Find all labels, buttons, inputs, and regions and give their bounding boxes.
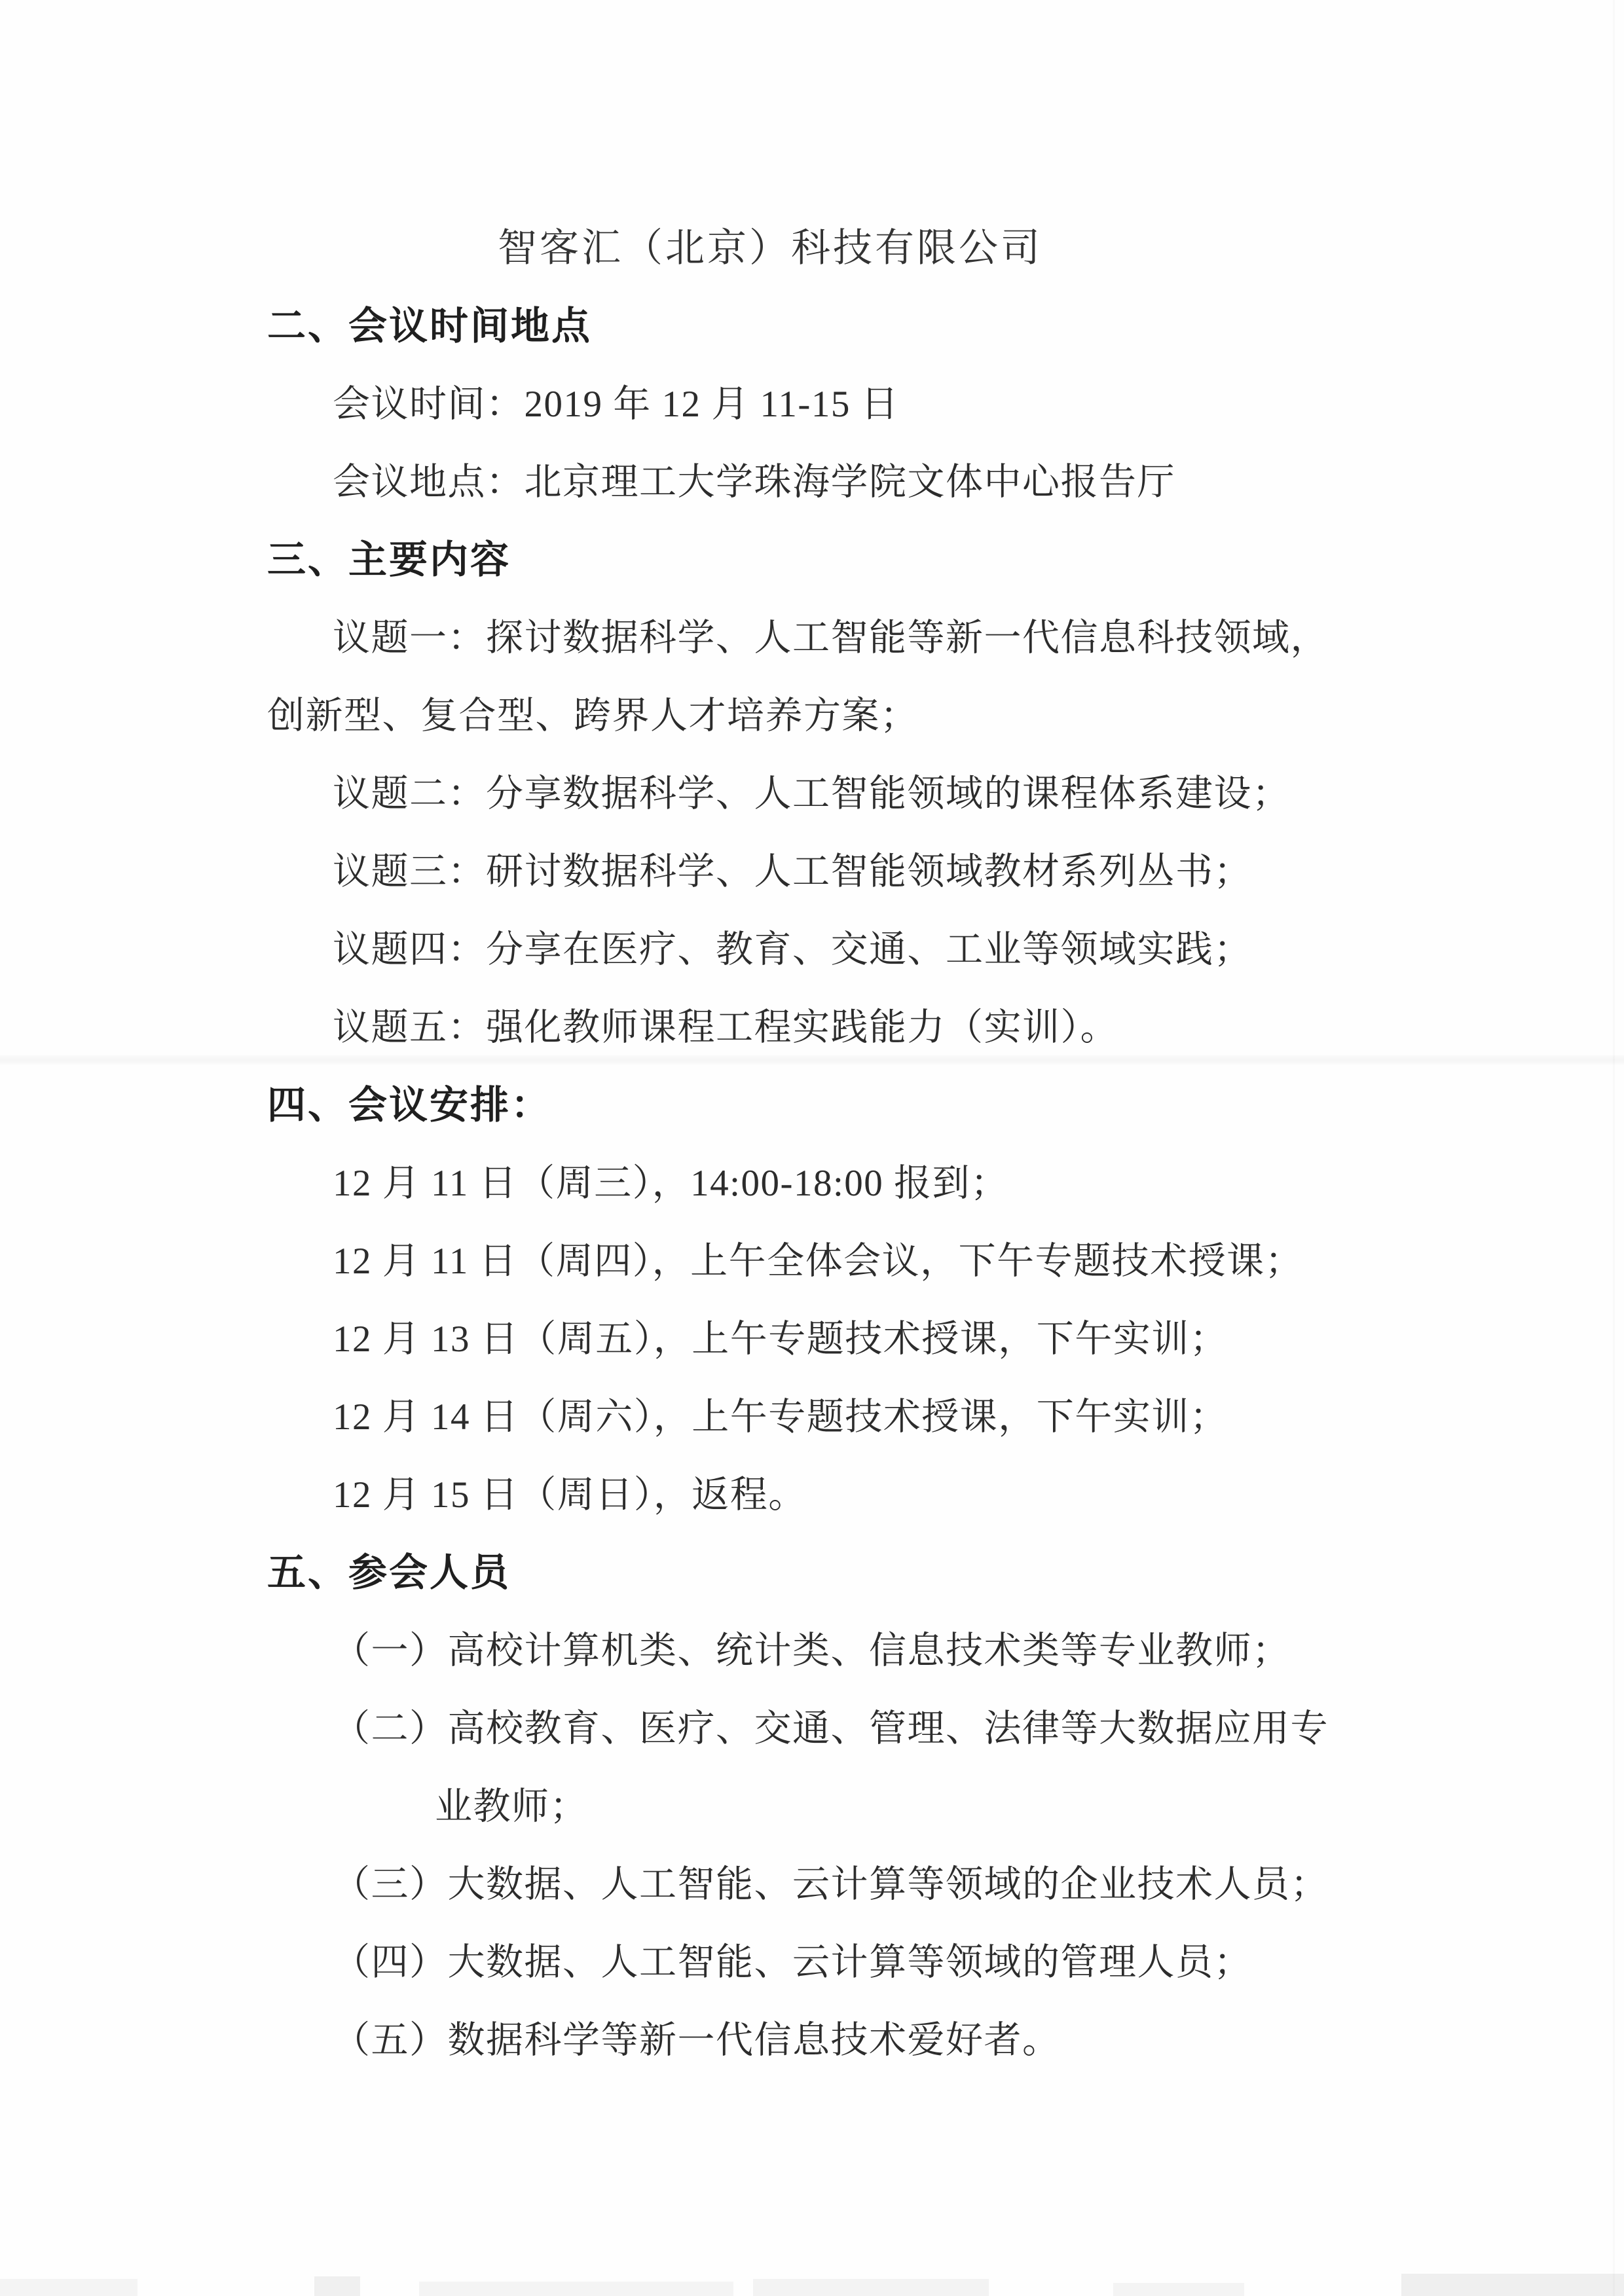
document-content: 智客汇（北京）科技有限公司 二、会议时间地点 会议时间：2019 年 12 月 … (267, 210, 1420, 2079)
scan-smudge (753, 2279, 989, 2296)
scan-smudge (1401, 2274, 1624, 2296)
schedule-line-3: 12 月 13 日（周五），上午专题技术授课，下午实训； (267, 1300, 1420, 1378)
scan-seam-artifact (0, 1055, 1624, 1065)
participant-line-2a: （二）高校教育、医疗、交通、管理、法律等大数据应用专 (267, 1690, 1420, 1768)
topic-4-line: 议题四：分享在医疗、教育、交通、工业等领域实践； (267, 911, 1420, 989)
participant-line-1: （一）高校计算机类、统计类、信息技术类等专业教师； (267, 1612, 1420, 1690)
section-heading-participants: 五、参会人员 (267, 1534, 1420, 1612)
topic-1-line-2: 创新型、复合型、跨界人才培养方案； (267, 677, 1420, 755)
topic-2-line: 议题二：分享数据科学、人工智能领域的课程体系建设； (267, 755, 1420, 833)
schedule-line-5: 12 月 15 日（周日），返程。 (267, 1456, 1420, 1534)
participant-line-5: （五）数据科学等新一代信息技术爱好者。 (267, 2001, 1420, 2079)
meeting-time-line: 会议时间：2019 年 12 月 11-15 日 (267, 365, 1420, 443)
company-name-line: 智客汇（北京）科技有限公司 (267, 210, 1420, 287)
section-heading-meeting-info: 二、会议时间地点 (267, 287, 1420, 365)
topic-3-line: 议题三：研讨数据科学、人工智能领域教材系列丛书； (267, 833, 1420, 911)
participant-line-2b: 业教师； (267, 1768, 1420, 1846)
scan-smudge (0, 2279, 138, 2296)
scan-smudge (314, 2276, 360, 2296)
scan-edge-artifact (1613, 0, 1615, 2296)
scan-smudge (1113, 2283, 1244, 2296)
schedule-line-1: 12 月 11 日（周三），14:00-18:00 报到； (267, 1144, 1420, 1222)
document-page: 智客汇（北京）科技有限公司 二、会议时间地点 会议时间：2019 年 12 月 … (0, 0, 1624, 2296)
participant-line-4: （四）大数据、人工智能、云计算等领域的管理人员； (267, 1923, 1420, 2001)
scan-bottom-artifacts (0, 2271, 1624, 2296)
schedule-line-2: 12 月 11 日（周四），上午全体会议，下午专题技术授课； (267, 1222, 1420, 1300)
section-heading-schedule: 四、会议安排： (267, 1066, 1420, 1144)
meeting-location-line: 会议地点：北京理工大学珠海学院文体中心报告厅 (267, 443, 1420, 521)
scan-smudge (419, 2282, 733, 2296)
participant-line-3: （三）大数据、人工智能、云计算等领域的企业技术人员； (267, 1846, 1420, 1923)
schedule-line-4: 12 月 14 日（周六），上午专题技术授课，下午实训； (267, 1378, 1420, 1456)
topic-1-line-1: 议题一：探讨数据科学、人工智能等新一代信息科技领域， (267, 599, 1420, 677)
section-heading-main-content: 三、主要内容 (267, 521, 1420, 599)
